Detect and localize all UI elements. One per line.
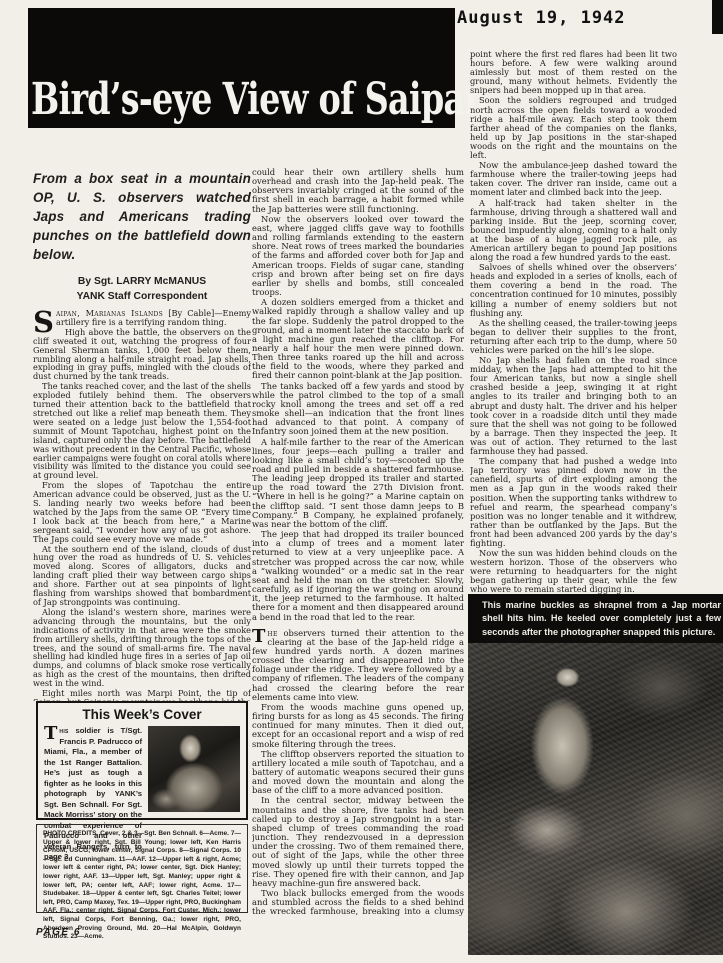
cover-box-title: This Week’s Cover bbox=[44, 707, 240, 722]
paragraph: Now the observers looked over toward the… bbox=[252, 215, 464, 297]
drop-cap: T bbox=[44, 726, 59, 743]
photo-caption: This marine buckles as shrapnel from a J… bbox=[468, 594, 723, 643]
paragraph: At the southern end of the island, cloud… bbox=[33, 545, 251, 607]
column-right: point where the first red flares had bee… bbox=[470, 50, 677, 596]
paragraph: A half-mile farther to the rear of the A… bbox=[252, 438, 464, 530]
paragraph: The tanks backed off a few yards and sto… bbox=[252, 382, 464, 437]
drop-cap: T bbox=[252, 629, 267, 646]
byline-role: YANK Staff Correspondent bbox=[33, 289, 251, 304]
paragraph: Now the sun was hidden behind clouds on … bbox=[470, 549, 677, 594]
photo-credits: PHOTO CREDITS. Cover, 2 & 3—Sgt. Ben Sch… bbox=[36, 824, 248, 913]
byline: By Sgt. LARRY McMANUS YANK Staff Corresp… bbox=[33, 274, 251, 304]
paragraph: Along the island’s western shore, marine… bbox=[33, 608, 251, 688]
paragraph: A half-track had taken shelter in the fa… bbox=[470, 199, 677, 263]
magazine-page: August 19, 1942 Bird’s-eye View of Saipa… bbox=[0, 0, 723, 963]
paragraph: point where the first red flares had bee… bbox=[470, 50, 677, 95]
column-left: From a box seat in a mountain OP, U. S. … bbox=[33, 163, 251, 701]
paragraph: Now the ambulance-jeep dashed toward the… bbox=[470, 161, 677, 197]
body-text-middle: could hear their own artillery shells hu… bbox=[252, 168, 464, 916]
paragraph: Eight miles north was Marpi Point, the t… bbox=[33, 689, 251, 701]
byline-author: By Sgt. LARRY McMANUS bbox=[33, 274, 251, 289]
paragraph: could hear their own artillery shells hu… bbox=[252, 168, 464, 214]
this-weeks-cover-box: This Week’s Cover This soldier is T/Sgt.… bbox=[36, 701, 248, 820]
paragraph: In the central sector, midway between th… bbox=[252, 796, 464, 888]
page-number: PAGE 6 bbox=[36, 927, 81, 938]
drop-cap: S bbox=[33, 309, 56, 336]
article-title: Bird’s-eye View of Saipan bbox=[31, 74, 488, 125]
date-stamp: August 19, 1942 bbox=[457, 8, 626, 28]
paragraph: From the slopes of Tapotchau the entire … bbox=[33, 481, 251, 543]
paragraph: The tanks reached cover, and the last of… bbox=[33, 382, 251, 480]
intro-deck: From a box seat in a mountain OP, U. S. … bbox=[33, 169, 251, 264]
title-banner: Bird’s-eye View of Saipan bbox=[28, 8, 455, 128]
body-text-right: point where the first red flares had bee… bbox=[470, 50, 677, 596]
paragraph: No Jap shells had fallen on the road sin… bbox=[470, 356, 677, 456]
paragraph: The clifftop observers reported the situ… bbox=[252, 750, 464, 796]
small-caps-lead: he bbox=[267, 628, 277, 638]
marine-photo bbox=[468, 643, 723, 955]
paragraph: Saipan, Marianas Islands [By Cable]—Enem… bbox=[33, 309, 251, 327]
body-text-left: Saipan, Marianas Islands [By Cable]—Enem… bbox=[33, 309, 251, 701]
paragraph: High above the battle, the observers on … bbox=[33, 328, 251, 381]
paragraph: Two black bullocks emerged from the wood… bbox=[252, 889, 464, 916]
paragraph: From the woods machine guns opened up, f… bbox=[252, 703, 464, 749]
paragraph: A dozen soldiers emerged from a thicket … bbox=[252, 298, 464, 380]
small-caps-lead: aipan, Marianas Islands bbox=[56, 308, 163, 318]
paragraph: As the shelling ceased, the trailer-towi… bbox=[470, 319, 677, 355]
cover-portrait-photo bbox=[148, 726, 240, 812]
scan-edge-artifact bbox=[712, 0, 723, 34]
column-middle: could hear their own artillery shells hu… bbox=[252, 168, 464, 916]
small-caps-lead: his bbox=[59, 726, 68, 735]
paragraph: The observers turned their attention to … bbox=[252, 629, 464, 702]
paragraph: Soon the soldiers regrouped and trudged … bbox=[470, 96, 677, 160]
paragraph: The jeep that had dropped its trailer bo… bbox=[252, 530, 464, 622]
paragraph: Salvoes of shells whined over the observ… bbox=[470, 263, 677, 318]
paragraph: The company that had pushed a wedge into… bbox=[470, 457, 677, 548]
